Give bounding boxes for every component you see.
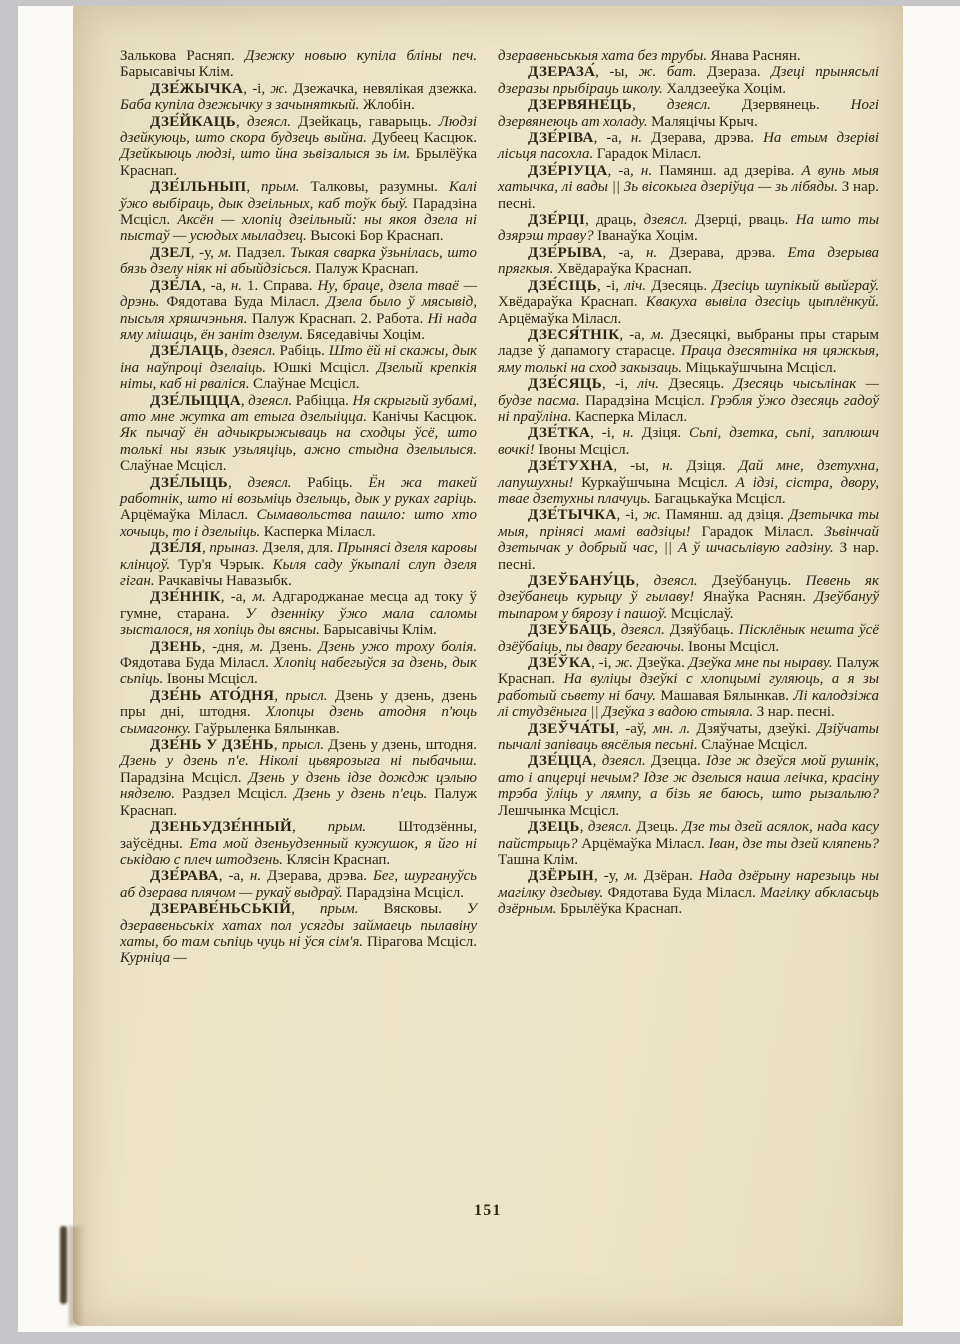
entry-example: Баба купіла дзежычку з зачыняткый. <box>120 97 363 113</box>
entry-text: Юшкі Мсцісл. <box>273 360 376 376</box>
entry-headword: ДЗЕ́ЙКАЦЬ <box>150 114 236 130</box>
entry-text: , -і, <box>616 507 643 523</box>
entry-example: ліч. <box>637 376 668 392</box>
entry-text: , <box>635 573 653 589</box>
entry-headword: ДЗЕРАЗА́ <box>528 64 595 80</box>
entry-text: , <box>246 179 261 195</box>
entry-text: Касперка Міласл. <box>575 409 687 425</box>
dictionary-entry: ДЗЕРВЯНЕ́ЦЬ, дзеясл. Дзервянець. Ногі дз… <box>498 97 879 130</box>
entry-example: ліч. <box>624 278 651 294</box>
entry-headword: ДЗЕ́ІЛЬНЫП <box>150 179 246 195</box>
dictionary-entry: ДЗЕ́ЙКАЦЬ, дзеясл. Дзейкаць, гаварыць. Л… <box>120 114 477 180</box>
entry-headword: ДЗЕ́ЛЫЦЬ <box>150 475 228 491</box>
entry-headword: ДЗЕ́РЦІ <box>528 212 585 228</box>
entry-headword: ДЗЕНЬУДЗЕ́ННЫЙ <box>150 819 292 835</box>
entry-text: Куркаўшчына Мсцісл. <box>581 475 736 491</box>
entry-text: Хвёдараўка Краснап. <box>498 294 646 310</box>
entry-text: , -у, <box>191 245 219 261</box>
entry-text: Дзяўбаць. <box>670 622 739 638</box>
entry-text: Івоны Мсцісл. <box>538 442 629 458</box>
entry-text: Ташна Клім. <box>498 852 578 868</box>
entry-text: , <box>612 622 621 638</box>
dictionary-entry: ДЗЕЦЬ, дзеясл. Дзець. Дзе ты дзей асялок… <box>498 819 879 868</box>
entry-text: Слаўнае Мсцісл. <box>253 376 360 392</box>
entry-text: , <box>593 753 602 769</box>
dictionary-entry: ДЗЕ́ЦЦА, дзеясл. Дзецца. Ідзе ж дзеўся м… <box>498 753 879 819</box>
entry-text: , <box>236 114 247 130</box>
entry-text: Тур'я Чэрык. <box>178 557 272 573</box>
entry-example: н. <box>623 425 642 441</box>
entry-headword: ДЗЕЎБАНУ́ЦЬ <box>528 573 635 589</box>
dictionary-entry: Залькова Расняп. Дзежку новыю купіла блі… <box>120 48 477 81</box>
entry-text: Хвёдараўка Краснап. <box>557 261 692 277</box>
entry-headword: ДЗЕ́СЯЦЬ <box>528 376 602 392</box>
entry-example: ж. <box>615 655 636 671</box>
entry-text: Дзервянець. <box>742 97 851 113</box>
dictionary-entry: ДЗЕ́ЛАЦЬ, дзеясл. Рабіць. Што ёй ні скаж… <box>120 343 477 392</box>
entry-text: Лешчынка Мсцісл. <box>498 803 619 819</box>
dictionary-entry: ДЗЁРЫН, -у, м. Дзёран. Нада дзёрыну наре… <box>498 868 879 917</box>
dictionary-entry: ДЗЕ́РІУЦА, -а, н. Памянш. ад дзеріва. А … <box>498 163 879 212</box>
entry-example: Дзень у дзень п'е. Ніколі цьвярозыга ні … <box>120 753 477 769</box>
entry-text: Дзець. <box>636 819 682 835</box>
entry-example: Як пычаў ён адчыкрыжываць на сходцы ўсё,… <box>120 425 477 457</box>
entry-example: мн. л. <box>653 721 697 737</box>
entry-text: , -а, <box>219 868 250 884</box>
entry-text: Памянш. ад дзеріва. <box>659 163 801 179</box>
entry-headword: ДЗЕ́РІУЦА <box>528 163 608 179</box>
entry-text: , -а, <box>221 589 253 605</box>
entry-example: н. <box>631 130 651 146</box>
entry-example: Дзень ужо троху болія. <box>319 639 477 655</box>
entry-example: дзеясл. <box>248 475 308 491</box>
entry-example: прым. <box>261 179 310 195</box>
entry-headword: ДЗЕ́ННІК <box>150 589 221 605</box>
dictionary-entry: ДЗЕ́ЛЯ, прыназ. Дзеля, для. Прынясі дзел… <box>120 540 477 589</box>
entry-text: Янава Раснян. <box>711 48 801 64</box>
dictionary-entry: ДЗЕЎБАНУ́ЦЬ, дзеясл. Дзеўбануць. Певень … <box>498 573 879 622</box>
entry-example: прысл. <box>282 737 328 753</box>
entry-text: Талковы, разумны. <box>310 179 448 195</box>
entry-text: Багацькаўка Мсцісл. <box>654 491 785 507</box>
entry-text: , -і, <box>243 81 270 97</box>
entry-text: Касперка Міласл. <box>264 524 376 540</box>
entry-text: Дзеўка. <box>637 655 689 671</box>
entry-example: дзеясл. <box>248 393 296 409</box>
dictionary-entry: ДЗЕРАВЕ́НЬСЬКІЙ, прым. Вясковы. У дзерав… <box>120 901 477 967</box>
entry-headword: ДЗЕ́ЛЯ <box>150 540 202 556</box>
entry-headword: ДЗЕ́НЬ АТО́ДНЯ <box>150 688 274 704</box>
dictionary-entry: ДЗЕ́ЛЫЦЦА, дзеясл. Рабіцца. Ня скрыгый з… <box>120 393 477 475</box>
entry-text: Івоны Мсцісл. <box>167 671 258 687</box>
entry-text: Івоны Мсцісл. <box>688 639 779 655</box>
entry-text: Дзерава, дрэва. <box>669 245 787 261</box>
entry-text: Дзерава, дрэва. <box>651 130 763 146</box>
entry-example: дзеясл. <box>644 212 695 228</box>
entry-text: Дзейкаць, гаварыць. <box>298 114 439 130</box>
entry-headword: ДЗЕЛ <box>150 245 191 261</box>
entry-text: Барысавічы Клім. <box>120 64 234 80</box>
dictionary-entry: ДЗЕНЬ, -дня, м. Дзень. Дзень ужо троху б… <box>120 639 477 688</box>
dictionary-entry: ДЗЕСЯ́ТНІК, -а, м. Дзесяцкі, выбраны пры… <box>498 327 879 376</box>
entry-text: Дзень. <box>270 639 318 655</box>
entry-text: Залькова Расняп. <box>120 48 245 64</box>
entry-text: Канічы Касцюк. <box>372 409 477 425</box>
entry-text: Клясін Краснап. <box>286 852 390 868</box>
entry-example: н. <box>646 245 669 261</box>
entry-text: Дзесяць. <box>651 278 712 294</box>
dictionary-entry: ДЗЕ́НЬ У ДЗЕ́НЬ, прысл. Дзень у дзень, ш… <box>120 737 477 819</box>
dictionary-entry: ДЗЕ́ТКА, -і, н. Дзіця. Сьпі, дзетка, сьп… <box>498 425 879 458</box>
entry-headword: ДЗЁРЫН <box>528 868 594 884</box>
dictionary-entry: ДЗЕЎБА́ЦЬ, дзеясл. Дзяўбаць. Пісклёнык н… <box>498 622 879 655</box>
entry-text: , -а, <box>594 130 631 146</box>
entry-text: Дзёран. <box>644 868 699 884</box>
dictionary-entry: ДЗЕЛ, -у, м. Падзел. Тыкая сварка ўзьніл… <box>120 245 477 278</box>
entry-example: н. <box>231 278 247 294</box>
entry-text: Вясковы. <box>383 901 466 917</box>
entry-headword: ДЗЕ́ЛЫЦЦА <box>150 393 241 409</box>
entry-text: Пірагова Мсцісл. <box>367 934 477 950</box>
entry-text: Фядотава Буда Міласл. <box>166 294 326 310</box>
entry-text: Іванаўка Хоцім. <box>597 228 698 244</box>
page-number: 151 <box>73 1202 903 1220</box>
entry-text: Дзіця. <box>686 458 738 474</box>
entry-example: н. <box>641 163 659 179</box>
entry-headword: ДЗЕ́ЦЦА <box>528 753 593 769</box>
entry-text: Жлобін. <box>363 97 415 113</box>
entry-text: Дзецца. <box>651 753 706 769</box>
dictionary-page: Залькова Расняп. Дзежку новыю купіла блі… <box>73 6 903 1326</box>
entry-text: , -а, <box>619 327 650 343</box>
entry-example: ж. бат. <box>639 64 707 80</box>
entry-text: Слаўнае Мсцісл. <box>120 458 227 474</box>
entry-text: Дубеец Касцюк. <box>372 130 477 146</box>
entry-example: Іван, дзе ты дзей кляпень? <box>709 836 879 852</box>
entry-text: Парадзіна Мсцісл. <box>120 770 249 786</box>
entry-text: Дзень у дзень, штодня. <box>328 737 477 753</box>
entry-example: м. <box>651 327 671 343</box>
entry-headword: ДЗЕ́ЛАЦЬ <box>150 343 224 359</box>
entry-text: Палуж Краснап. <box>315 261 418 277</box>
dictionary-entry: ДЗЕЎЧА́ТЫ, -аў, мн. л. Дзяўчаты, дзеўкі.… <box>498 721 879 754</box>
entry-headword: ДЗЕЎЧА́ТЫ <box>528 721 615 737</box>
entry-text: , драць, <box>585 212 644 228</box>
entry-headword: ДЗЕРАВЕ́НЬСЬКІЙ <box>150 901 291 917</box>
entry-text: , -ы, <box>595 64 638 80</box>
entry-example: Курніца — <box>120 950 187 966</box>
entry-example: прым. <box>320 901 383 917</box>
entry-text: З нар. песні. <box>757 704 835 720</box>
entry-headword: ДЗЕ́ТКА <box>528 425 590 441</box>
entry-example: м. <box>250 639 270 655</box>
entry-headword: ДЗЕНЬ <box>150 639 202 655</box>
entry-headword: ДЗЕРВЯНЕ́ЦЬ <box>528 97 632 113</box>
entry-example: Дзейкыюць людзі, што йна зьвізалыся зь і… <box>120 146 415 162</box>
entry-example: н. <box>250 868 267 884</box>
dictionary-entry: ДЗЕРАЗА́, -ы, ж. бат. Дзераза. Дзеці пры… <box>498 64 879 97</box>
entry-text: , -і, <box>597 278 624 294</box>
entry-text: Дзіця. <box>642 425 689 441</box>
entry-headword: ДЗЕ́РЫВА <box>528 245 603 261</box>
entry-text: , -а, <box>603 245 646 261</box>
entry-text: Міцькаўшчына Мсцісл. <box>686 360 837 376</box>
entry-example: дзеясл. <box>232 343 280 359</box>
entry-example: прысл. <box>285 688 335 704</box>
entry-example: дзеясл. <box>667 97 742 113</box>
entry-text: , <box>291 901 320 917</box>
entry-example: Квакуха вывіла дзесіць цыплёнкуй. <box>646 294 879 310</box>
entry-text: Дзераза. <box>707 64 771 80</box>
entry-text: Памянш. ад дзіця. <box>666 507 789 523</box>
dictionary-entry: ДЗЕ́ІЛЬНЫП, прым. Талковы, разумны. Калі… <box>120 179 477 245</box>
entry-text: Фядотава Буда Міласл. <box>120 655 274 671</box>
entry-text: , -у, <box>594 868 624 884</box>
entry-headword: ДЗЕ́ЛА <box>150 278 202 294</box>
dictionary-entry: ДЗЕ́ЛЫЦЬ, дзеясл. Рабіць. Ён жа такей ра… <box>120 475 477 541</box>
dictionary-entry: ДЗЕ́РІВА, -а, н. Дзерава, дрэва. На етым… <box>498 130 879 163</box>
entry-example: м. <box>624 868 643 884</box>
dictionary-entry: ДЗЕ́РЫВА, -а, н. Дзерава, дрэва. Ета дзе… <box>498 245 879 278</box>
entry-text: Брылёўка Краснап. <box>560 901 682 917</box>
entry-example: дзеясл. <box>247 114 298 130</box>
entry-text: Рабіць. <box>307 475 368 491</box>
dictionary-entry: дзеравеньськыя хата без трубы. Янава Рас… <box>498 48 879 64</box>
entry-headword: ДЗЕ́РАВА <box>150 868 219 884</box>
entry-headword: ДЗЕ́РІВА <box>528 130 594 146</box>
entry-example: Дзежку новыю купіла бліны печ. <box>245 48 477 64</box>
dictionary-entry: ДЗЕ́ТЫЧКА, -і, ж. Памянш. ад дзіця. Дзет… <box>498 507 879 573</box>
entry-headword: ДЗЕСЯ́ТНІК <box>528 327 619 343</box>
entry-text: Рабіць. <box>279 343 328 359</box>
entry-text: , -дня, <box>202 639 250 655</box>
entry-headword: ДЗЕЦЬ <box>528 819 580 835</box>
entry-text: Рабіцца. <box>296 393 353 409</box>
entry-text: Рачкавічы Навазыбк. <box>158 573 292 589</box>
entry-example: прым. <box>328 819 398 835</box>
entry-text: , -ы, <box>613 458 662 474</box>
dictionary-entry: ДЗЕ́НЬ АТО́ДНЯ, прысл. Дзень у дзень, дз… <box>120 688 477 737</box>
dictionary-entry: ДЗЕНЬУДЗЕ́ННЫЙ, прым. Штодзённы, заўсёдн… <box>120 819 477 868</box>
entry-example: дзеясл. <box>588 819 636 835</box>
entry-text: Слаўнае Мсцісл. <box>701 737 808 753</box>
dictionary-entry: ДЗЕ́РЦІ, драць, дзеясл. Дзерці, рваць. Н… <box>498 212 879 245</box>
entry-text: , -а, <box>608 163 641 179</box>
entry-text: , <box>224 343 232 359</box>
entry-text: Мсціслаў. <box>671 606 734 622</box>
dictionary-entry: ДЗЕ́ЖЫЧКА, -і, ж. Дзежачка, невялікая дз… <box>120 81 477 114</box>
dictionary-entry: ДЗЕ́ЎКА, -і, ж. Дзеўка. Дзеўка мне пы ны… <box>498 655 879 721</box>
entry-text: Янаўка Раснян. <box>703 589 815 605</box>
entry-example: Дзеўка мне пы ныраву. <box>689 655 837 671</box>
entry-text: , <box>580 819 588 835</box>
entry-text: Дзежачка, невялікая дзежка. <box>293 81 477 97</box>
entry-example: Дзесіць шупікый выйграў. <box>712 278 879 294</box>
scanned-book-photo: { "page": { "number": "151", "colors": {… <box>0 0 960 1344</box>
entry-text: , -і, <box>590 425 622 441</box>
entry-text: Арцёмаўка Міласл. <box>120 507 256 523</box>
entry-text: Бяседавічы Хоцім. <box>307 327 425 343</box>
entry-text: Барысавічы Клім. <box>323 622 437 638</box>
entry-example: Дзень у дзень п'ець. <box>294 786 434 802</box>
dictionary-column-left: Залькова Расняп. Дзежку новыю купіла блі… <box>120 48 477 967</box>
entry-example: дзеясл. <box>621 622 670 638</box>
entry-text: Падзел. <box>236 245 290 261</box>
entry-text: , -і, <box>591 655 615 671</box>
entry-headword: ДЗЕ́ЖЫЧКА <box>150 81 243 97</box>
dictionary-entry: ДЗЕ́РАВА, -а, н. Дзерава, дрэва. Бег, шу… <box>120 868 477 901</box>
entry-example: м. <box>218 245 236 261</box>
entry-text: Парадзіна Мсцісл. <box>585 393 710 409</box>
entry-text: Маляцічы Крыч. <box>651 114 758 130</box>
entry-example: н. <box>662 458 686 474</box>
entry-text: Фядотава Буда Міласл. <box>608 885 761 901</box>
entry-text: , <box>292 819 328 835</box>
entry-example: дзеясл. <box>654 573 712 589</box>
entry-text: Дзеўбануць. <box>712 573 806 589</box>
entry-text: , -а, <box>202 278 231 294</box>
entry-text: Арцёмаўка Міласл. <box>581 836 708 852</box>
dictionary-entry: ДЗЕ́СЯЦЬ, -і, ліч. Дзесяць. Дзесяць чысь… <box>498 376 879 425</box>
entry-example: ж. <box>270 81 293 97</box>
entry-text: Гаўрыленка Бялынкав. <box>195 721 340 737</box>
entry-text: Дзерці, рваць. <box>695 212 796 228</box>
entry-example: дзеясл. <box>602 753 651 769</box>
entry-text: Дзеля, для. <box>263 540 337 556</box>
entry-example: м. <box>252 589 272 605</box>
entry-text: , -і, <box>602 376 637 392</box>
dictionary-entry: ДЗЕ́ЛА, -а, н. 1. Справа. Ну, браце, дзе… <box>120 278 477 344</box>
dictionary-column-right: дзеравеньськыя хата без трубы. Янава Рас… <box>498 48 879 918</box>
page-edge-shade <box>69 1226 85 1326</box>
entry-example: ж. <box>643 507 666 523</box>
entry-example: прыназ. <box>209 540 262 556</box>
entry-text: 1. Справа. <box>247 278 318 294</box>
entry-text: Палуж Краснап. 2. Работа. <box>252 311 428 327</box>
entry-text: Дзесяць. <box>668 376 733 392</box>
dictionary-entry: ДЗЕ́ННІК, -а, м. Адгароджанае месца ад т… <box>120 589 477 638</box>
dictionary-entry: ДЗЕ́СІЦЬ, -і, ліч. Дзесяць. Дзесіць шупі… <box>498 278 879 327</box>
entry-text: Халдзееўка Хоцім. <box>666 81 786 97</box>
dictionary-entry: ДЗЕ́ТУХНА, -ы, н. Дзіця. Дай мне, дзетух… <box>498 458 879 507</box>
entry-headword: ДЗЕ́ТЫЧКА <box>528 507 616 523</box>
entry-text: Гарадок Міласл. <box>597 146 702 162</box>
entry-text: Гарадок Міласл. <box>702 524 825 540</box>
entry-text: Машавая Бялынкав. <box>660 688 793 704</box>
entry-headword: ДЗЕ́СІЦЬ <box>528 278 597 294</box>
entry-text: , <box>228 475 247 491</box>
entry-text: Раздзел Мсцісл. <box>182 786 294 802</box>
entry-example: дзеравеньськыя хата без трубы. <box>498 48 711 64</box>
entry-text: Дзерава, дрэва. <box>267 868 373 884</box>
entry-text: Дзяўчаты, дзеўкі. <box>696 721 817 737</box>
entry-headword: ДЗЕЎБА́ЦЬ <box>528 622 612 638</box>
entry-text: Арцёмаўка Міласл. <box>498 311 621 327</box>
entry-text: , <box>632 97 667 113</box>
entry-text: , -аў, <box>615 721 653 737</box>
entry-text: , <box>274 737 282 753</box>
entry-headword: ДЗЕ́ЎКА <box>528 655 591 671</box>
spine-shadow <box>60 1226 67 1304</box>
entry-headword: ДЗЕ́ТУХНА <box>528 458 613 474</box>
entry-text: Высокі Бор Краснап. <box>310 228 443 244</box>
entry-text: Парадзіна Мсцісл. <box>346 885 464 901</box>
entry-text: , <box>274 688 285 704</box>
entry-headword: ДЗЕ́НЬ У ДЗЕ́НЬ <box>150 737 274 753</box>
